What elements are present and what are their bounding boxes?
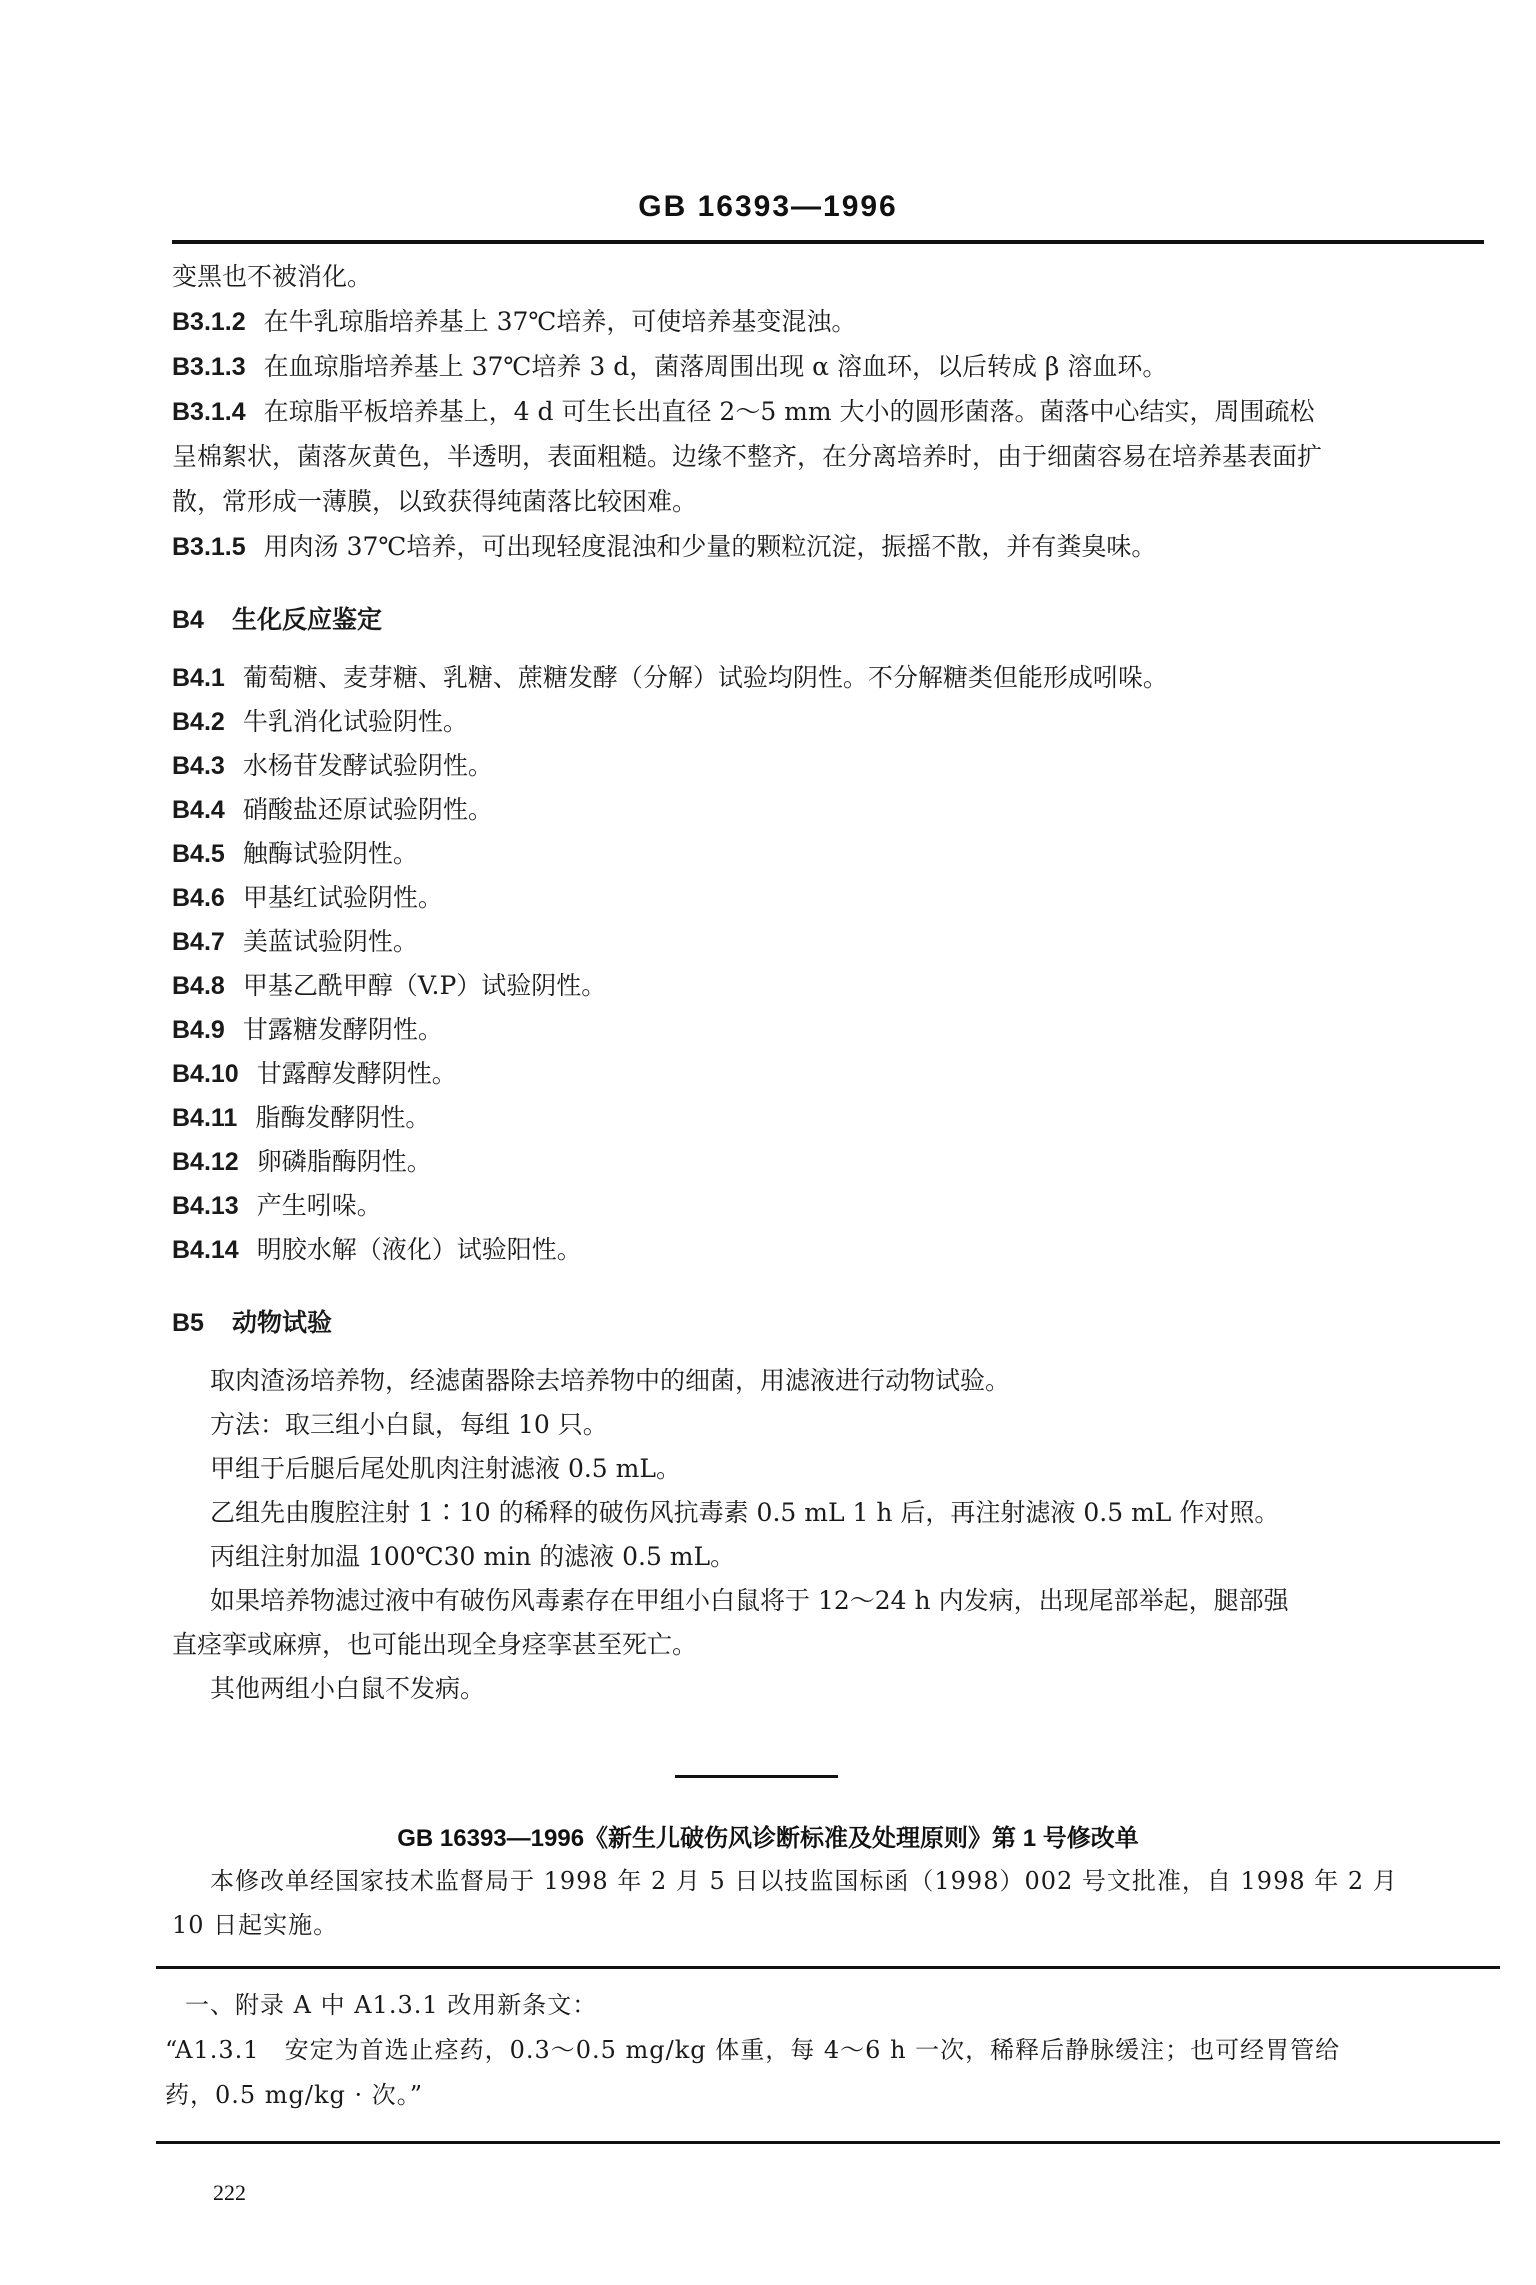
b5-paragraph: 丙组注射加温 100℃30 min 的滤液 0.5 mL。 (210, 1542, 735, 1572)
section-number: B4 (172, 605, 204, 635)
clause-b3-1-2: B3.1.2在牛乳琼脂培养基上 37℃培养，可使培养基变混浊。 (172, 307, 856, 337)
clause-number: B4.13 (172, 1191, 239, 1221)
clause-number: B4.8 (172, 971, 225, 1001)
clause-number: B4.9 (172, 1015, 225, 1045)
clause-text: 美蓝试验阴性。 (243, 927, 418, 956)
page-header-title: GB 16393—1996 (0, 190, 1536, 224)
clause-text: 甘露醇发酵阴性。 (257, 1059, 457, 1088)
clause-b4-14: B4.14明胶水解（液化）试验阳性。 (172, 1235, 582, 1265)
section-heading-b4: B4生化反应鉴定 (172, 605, 382, 635)
amendment-item: 一、附录 A 中 A1.3.1 改用新条文： (185, 1990, 597, 2020)
clause-number: B3.1.2 (172, 307, 246, 337)
clause-number: B4.14 (172, 1235, 239, 1265)
clause-b3-1-4: B3.1.4在琼脂平板培养基上，4 d 可生长出直径 2～5 mm 大小的圆形菌… (172, 397, 1315, 427)
clause-text: 卵磷脂酶阴性。 (257, 1147, 432, 1176)
clause-text: 牛乳消化试验阴性。 (243, 707, 468, 736)
clause-text: 明胶水解（液化）试验阳性。 (257, 1235, 582, 1264)
clause-b4-12: B4.12卵磷脂酶阴性。 (172, 1147, 432, 1177)
clause-text: 水杨苷发酵试验阴性。 (243, 751, 493, 780)
clause-text: 触酶试验阴性。 (243, 839, 418, 868)
clause-b3-1-3: B3.1.3在血琼脂培养基上 37℃培养 3 d，菌落周围出现 α 溶血环，以后… (172, 352, 1167, 382)
section-number: B5 (172, 1308, 204, 1338)
clause-number: B4.7 (172, 927, 225, 957)
b5-paragraph: 方法：取三组小白鼠，每组 10 只。 (210, 1410, 608, 1440)
clause-b4-7: B4.7美蓝试验阴性。 (172, 927, 418, 957)
b5-paragraph-cont: 直痉挛或麻痹，也可能出现全身痉挛甚至死亡。 (172, 1630, 697, 1660)
clause-text: 甲基红试验阴性。 (243, 883, 443, 912)
b5-paragraph: 甲组于后腿后尾处肌肉注射滤液 0.5 mL。 (210, 1454, 681, 1484)
clause-b4-11: B4.11脂酶发酵阴性。 (172, 1103, 430, 1133)
clause-number: B4.6 (172, 883, 225, 913)
amendment-short-rule (675, 1775, 838, 1778)
clause-text: 在琼脂平板培养基上，4 d 可生长出直径 2～5 mm 大小的圆形菌落。菌落中心… (264, 397, 1315, 426)
clause-text: 甲基乙酰甲醇（V.P）试验阴性。 (243, 971, 606, 1000)
clause-b4-13: B4.13产生吲哚。 (172, 1191, 382, 1221)
clause-number: B4.3 (172, 751, 225, 781)
clause-text: 硝酸盐还原试验阴性。 (243, 795, 493, 824)
b3-continuation-text: 变黑也不被消化。 (172, 262, 372, 292)
clause-text: 葡萄糖、麦芽糖、乳糖、蔗糖发酵（分解）试验均阴性。不分解糖类但能形成吲哚。 (243, 663, 1168, 692)
clause-number: B4.11 (172, 1103, 237, 1133)
amendment-rule-top (156, 1966, 1500, 1969)
clause-b4-2: B4.2牛乳消化试验阴性。 (172, 707, 468, 737)
clause-text: 在血琼脂培养基上 37℃培养 3 d，菌落周围出现 α 溶血环，以后转成 β 溶… (264, 352, 1168, 381)
section-title: 动物试验 (232, 1309, 332, 1337)
b5-paragraph: 如果培养物滤过液中有破伤风毒素存在甲组小白鼠将于 12～24 h 内发病，出现尾… (210, 1586, 1289, 1616)
clause-b3-1-4-cont-1: 呈棉絮状，菌落灰黄色，半透明，表面粗糙。边缘不整齐，在分离培养时，由于细菌容易在… (172, 442, 1322, 472)
clause-b4-5: B4.5触酶试验阴性。 (172, 839, 418, 869)
clause-number: B3.1.3 (172, 352, 246, 382)
amendment-quote: “A1.3.1 安定为首选止痉药，0.3～0.5 mg/kg 体重，每 4～6 … (165, 2035, 1340, 2065)
clause-b3-1-4-cont-2: 散，常形成一薄膜，以致获得纯菌落比较困难。 (172, 487, 697, 517)
amendment-rule-bottom (156, 2141, 1500, 2144)
section-title: 生化反应鉴定 (232, 606, 382, 634)
clause-b4-4: B4.4硝酸盐还原试验阴性。 (172, 795, 493, 825)
clause-number: B4.5 (172, 839, 225, 869)
clause-number: B4.10 (172, 1059, 239, 1089)
amendment-title: GB 16393—1996《新生儿破伤风诊断标准及处理原则》第 1 号修改单 (0, 1818, 1536, 1853)
b5-paragraph: 取肉渣汤培养物，经滤菌器除去培养物中的细菌，用滤液进行动物试验。 (210, 1366, 1010, 1396)
amendment-intro: 本修改单经国家技术监督局于 1998 年 2 月 5 日以技监国标函（1998）… (210, 1866, 1398, 1896)
clause-b3-1-5: B3.1.5用肉汤 37℃培养，可出现轻度混浊和少量的颗粒沉淀，振摇不散，并有粪… (172, 532, 1156, 562)
clause-text: 脂酶发酵阴性。 (255, 1103, 430, 1132)
clause-number: B4.4 (172, 795, 225, 825)
clause-b4-9: B4.9甘露糖发酵阴性。 (172, 1015, 443, 1045)
clause-b4-10: B4.10甘露醇发酵阴性。 (172, 1059, 457, 1089)
clause-text: 用肉汤 37℃培养，可出现轻度混浊和少量的颗粒沉淀，振摇不散，并有粪臭味。 (264, 532, 1157, 561)
amendment-quote-cont: 药，0.5 mg/kg · 次。” (165, 2080, 423, 2110)
section-heading-b5: B5动物试验 (172, 1308, 332, 1338)
clause-number: B4.2 (172, 707, 225, 737)
clause-number: B3.1.4 (172, 397, 246, 427)
b5-paragraph: 其他两组小白鼠不发病。 (210, 1674, 485, 1704)
b5-paragraph: 乙组先由腹腔注射 1∶10 的稀释的破伤风抗毒素 0.5 mL 1 h 后，再注… (210, 1498, 1279, 1528)
clause-b4-3: B4.3水杨苷发酵试验阴性。 (172, 751, 493, 781)
clause-text: 产生吲哚。 (257, 1191, 382, 1220)
amendment-intro-cont: 10 日起实施。 (172, 1910, 338, 1940)
clause-text: 在牛乳琼脂培养基上 37℃培养，可使培养基变混浊。 (264, 307, 857, 336)
clause-b4-8: B4.8甲基乙酰甲醇（V.P）试验阴性。 (172, 971, 606, 1001)
clause-b4-6: B4.6甲基红试验阴性。 (172, 883, 443, 913)
clause-number: B4.1 (172, 663, 225, 693)
clause-number: B4.12 (172, 1147, 239, 1177)
clause-number: B3.1.5 (172, 532, 246, 562)
page-number: 222 (213, 2180, 246, 2206)
header-rule (172, 240, 1484, 244)
clause-b4-1: B4.1葡萄糖、麦芽糖、乳糖、蔗糖发酵（分解）试验均阴性。不分解糖类但能形成吲哚… (172, 663, 1168, 693)
clause-text: 甘露糖发酵阴性。 (243, 1015, 443, 1044)
